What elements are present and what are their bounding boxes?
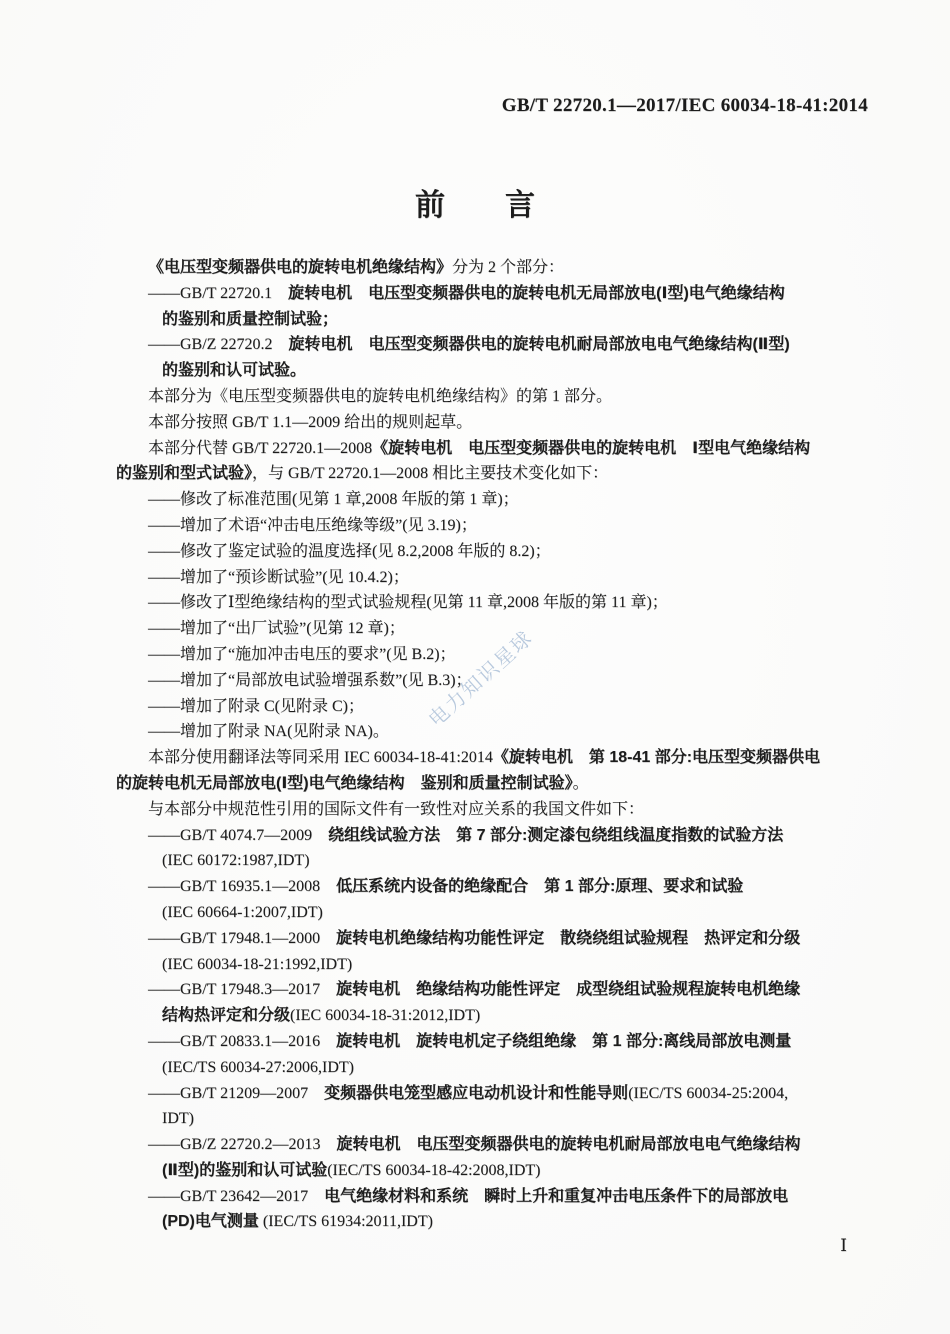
text-segment: ——增加了附录 NA(见附录 NA)。 <box>148 723 389 740</box>
text-line: 本部分为《电压型变频器供电的旋转电机绝缘结构》的第 1 部分。 <box>116 384 882 410</box>
text-line: 的鉴别和认可试验。 <box>116 358 882 384</box>
text-segment: ——GB/T 17948.3—2017 <box>148 981 336 998</box>
text-segment: (IEC 60034-18-31:2012,IDT) <box>290 1007 480 1024</box>
text-line: 本部分按照 GB/T 1.1—2009 给出的规则起草。 <box>116 410 882 436</box>
text-segment: 本部分按照 GB/T 1.1—2009 给出的规则起草。 <box>148 414 472 431</box>
text-line: ——增加了“局部放电试验增强系数”(见 B.3)； <box>116 668 882 694</box>
text-segment: ——增加了“施加冲击电压的要求”(见 B.2)； <box>148 646 456 663</box>
text-segment: ——GB/T 23642—2017 <box>148 1188 324 1205</box>
text-segment: ——修改了鉴定试验的温度选择(见 8.2,2008 年版的 8.2)； <box>148 543 551 560</box>
text-segment: ——GB/Z 22720.2 <box>148 336 288 353</box>
text-segment: ——GB/T 17948.1—2000 <box>148 930 336 947</box>
standard-title-segment: 绕组线试验方法 第 7 部分:测定漆包绕组线温度指数的试验方法 <box>328 827 783 844</box>
standard-title-segment: 旋转电机绝缘结构功能性评定 散绕绕组试验规程 热评定和分级 <box>336 930 800 947</box>
text-line: ——增加了术语“冲击电压绝缘等级”(见 3.19)； <box>116 513 882 539</box>
text-segment: (IEC 60172:1987,IDT) <box>162 852 310 869</box>
text-segment: ——增加了术语“冲击电压绝缘等级”(见 3.19)； <box>148 517 477 534</box>
text-line: 与本部分中规范性引用的国际文件有一致性对应关系的我国文件如下： <box>116 797 882 823</box>
text-segment: (IEC 60034-18-21:1992,IDT) <box>162 956 352 973</box>
text-segment: ——增加了附录 C(见附录 C)； <box>148 698 364 715</box>
text-segment: 与本部分中规范性引用的国际文件有一致性对应关系的我国文件如下： <box>148 801 644 818</box>
standard-title-segment: 旋转电机 旋转电机定子绕组绝缘 第 1 部分:离线局部放电测量 <box>336 1033 791 1050</box>
text-line: (IEC/TS 60034-27:2006,IDT) <box>116 1055 882 1081</box>
text-segment: 。 <box>573 775 589 792</box>
text-line: ——修改了鉴定试验的温度选择(见 8.2,2008 年版的 8.2)； <box>116 539 882 565</box>
text-segment: (IEC 60664-1:2007,IDT) <box>162 904 323 921</box>
text-line: 的鉴别和质量控制试验； <box>116 307 882 333</box>
text-segment: 分为 2 个部分： <box>452 259 564 276</box>
text-segment: ——增加了“预诊断试验”(见 10.4.2)； <box>148 569 409 586</box>
text-line: (PD)电气测量 (IEC/TS 61934:2011,IDT) <box>116 1209 882 1235</box>
text-line: ——增加了附录 NA(见附录 NA)。 <box>116 719 882 745</box>
text-segment: ——GB/Z 22720.2—2013 <box>148 1136 336 1153</box>
text-segment: ——增加了“出厂试验”(见第 12 章)； <box>148 620 405 637</box>
text-line: ——增加了“出厂试验”(见第 12 章)； <box>116 616 882 642</box>
text-segment: ——GB/T 20833.1—2016 <box>148 1033 336 1050</box>
standard-title-segment: 电气绝缘材料和系统 瞬时上升和重复冲击电压条件下的局部放电 <box>324 1188 788 1205</box>
text-line: ——修改了Ⅰ型绝缘结构的型式试验规程(见第 11 章,2008 年版的第 11 … <box>116 590 882 616</box>
standard-title-segment: 《旋转电机 电压型变频器供电的旋转电机 Ⅰ型电气绝缘结构 <box>372 440 810 457</box>
text-segment: IDT) <box>162 1110 194 1127</box>
text-line: ——GB/T 21209—2007 变频器供电笼型感应电动机设计和性能导则(IE… <box>116 1081 882 1107</box>
text-line: ——增加了“施加冲击电压的要求”(见 B.2)； <box>116 642 882 668</box>
text-line: 本部分代替 GB/T 22720.1—2008《旋转电机 电压型变频器供电的旋转… <box>116 436 882 462</box>
standard-title-segment: 旋转电机 电压型变频器供电的旋转电机耐局部放电电气绝缘结构(Ⅱ型) <box>288 336 789 353</box>
text-line: IDT) <box>116 1106 882 1132</box>
foreword-title: 前 言 <box>0 180 950 224</box>
page-number: Ⅰ <box>840 1236 847 1256</box>
text-segment: ——GB/T 16935.1—2008 <box>148 878 336 895</box>
text-segment: (IEC/TS 61934:2011,IDT) <box>259 1213 433 1230</box>
text-line: 的鉴别和型式试验》，与 GB/T 22720.1—2008 相比主要技术变化如下… <box>116 461 882 487</box>
text-line: ——GB/T 4074.7—2009 绕组线试验方法 第 7 部分:测定漆包绕组… <box>116 823 882 849</box>
standard-title-segment: 旋转电机 绝缘结构功能性评定 成型绕组试验规程旋转电机绝缘 <box>336 981 800 998</box>
text-line: ——GB/T 22720.1 旋转电机 电压型变频器供电的旋转电机无局部放电(Ⅰ… <box>116 281 882 307</box>
text-segment: ——修改了标准范围(见第 1 章,2008 年版的第 1 章)； <box>148 491 519 508</box>
text-line: (Ⅱ型)的鉴别和认可试验(IEC/TS 60034-18-42:2008,IDT… <box>116 1158 882 1184</box>
standard-title-segment: 的旋转电机无局部放电(Ⅰ型)电气绝缘结构 鉴别和质量控制试验》 <box>116 775 573 792</box>
text-segment: 本部分代替 GB/T 22720.1—2008 <box>148 440 372 457</box>
text-line: ——GB/T 17948.1—2000 旋转电机绝缘结构功能性评定 散绕绕组试验… <box>116 926 882 952</box>
standard-title-segment: 旋转电机 电压型变频器供电的旋转电机无局部放电(Ⅰ型)电气绝缘结构 <box>288 285 785 302</box>
text-line: (IEC 60172:1987,IDT) <box>116 848 882 874</box>
text-segment: ——GB/T 4074.7—2009 <box>148 827 328 844</box>
standard-title-segment: (PD)电气测量 <box>162 1213 259 1230</box>
text-line: (IEC 60034-18-21:1992,IDT) <box>116 952 882 978</box>
text-line: ——GB/T 17948.3—2017 旋转电机 绝缘结构功能性评定 成型绕组试… <box>116 977 882 1003</box>
text-line: ——GB/Z 22720.2—2013 旋转电机 电压型变频器供电的旋转电机耐局… <box>116 1132 882 1158</box>
scanned-standard-page: GB/T 22720.1—2017/IEC 60034-18-41:2014 前… <box>0 0 950 1334</box>
standard-title-segment: 低压系统内设备的绝缘配合 第 1 部分:原理、要求和试验 <box>336 878 743 895</box>
standard-title-segment: 《旋转电机 第 18-41 部分:电压型变频器供电 <box>493 749 820 766</box>
text-segment: ——GB/T 22720.1 <box>148 285 288 302</box>
text-segment: ——GB/T 21209—2007 <box>148 1085 324 1102</box>
text-segment: (IEC/TS 60034-18-42:2008,IDT) <box>327 1162 540 1179</box>
text-line: ——增加了附录 C(见附录 C)； <box>116 694 882 720</box>
text-segment: ——修改了Ⅰ型绝缘结构的型式试验规程(见第 11 章,2008 年版的第 11 … <box>148 594 668 611</box>
standard-title-segment: 的鉴别和型式试验》 <box>116 465 252 482</box>
text-line: ——GB/T 23642—2017 电气绝缘材料和系统 瞬时上升和重复冲击电压条… <box>116 1184 882 1210</box>
text-segment: 本部分使用翻译法等同采用 IEC 60034-18-41:2014 <box>148 749 493 766</box>
text-line: ——修改了标准范围(见第 1 章,2008 年版的第 1 章)； <box>116 487 882 513</box>
standard-title-segment: (Ⅱ型)的鉴别和认可试验 <box>162 1162 327 1179</box>
text-line: ——GB/T 16935.1—2008 低压系统内设备的绝缘配合 第 1 部分:… <box>116 874 882 900</box>
text-segment: ——增加了“局部放电试验增强系数”(见 B.3)； <box>148 672 472 689</box>
text-segment: 本部分为《电压型变频器供电的旋转电机绝缘结构》的第 1 部分。 <box>148 388 612 405</box>
text-line: 结构热评定和分级(IEC 60034-18-31:2012,IDT) <box>116 1003 882 1029</box>
standard-title-segment: 结构热评定和分级 <box>162 1007 290 1024</box>
text-line: ——GB/T 20833.1—2016 旋转电机 旋转电机定子绕组绝缘 第 1 … <box>116 1029 882 1055</box>
text-line: (IEC 60664-1:2007,IDT) <box>116 900 882 926</box>
standard-title-segment: 旋转电机 电压型变频器供电的旋转电机耐局部放电电气绝缘结构 <box>336 1136 800 1153</box>
standard-title-segment: 的鉴别和质量控制试验； <box>162 311 338 328</box>
text-segment: (IEC/TS 60034-25:2004, <box>628 1085 788 1102</box>
text-line: 《电压型变频器供电的旋转电机绝缘结构》分为 2 个部分： <box>116 255 882 281</box>
text-line: 本部分使用翻译法等同采用 IEC 60034-18-41:2014《旋转电机 第… <box>116 745 882 771</box>
standard-title-segment: 的鉴别和认可试验。 <box>162 362 306 379</box>
standard-title-segment: 《电压型变频器供电的旋转电机绝缘结构》 <box>148 259 452 276</box>
standard-title-segment: 变频器供电笼型感应电动机设计和性能导则 <box>324 1085 628 1102</box>
body-lines: 《电压型变频器供电的旋转电机绝缘结构》分为 2 个部分：——GB/T 22720… <box>116 255 882 1235</box>
text-line: ——GB/Z 22720.2 旋转电机 电压型变频器供电的旋转电机耐局部放电电气… <box>116 332 882 358</box>
text-segment: ，与 GB/T 22720.1—2008 相比主要技术变化如下： <box>252 465 608 482</box>
text-segment: (IEC/TS 60034-27:2006,IDT) <box>162 1059 354 1076</box>
text-line: ——增加了“预诊断试验”(见 10.4.2)； <box>116 565 882 591</box>
standard-code-header: GB/T 22720.1—2017/IEC 60034-18-41:2014 <box>502 95 868 117</box>
text-line: 的旋转电机无局部放电(Ⅰ型)电气绝缘结构 鉴别和质量控制试验》。 <box>116 771 882 797</box>
